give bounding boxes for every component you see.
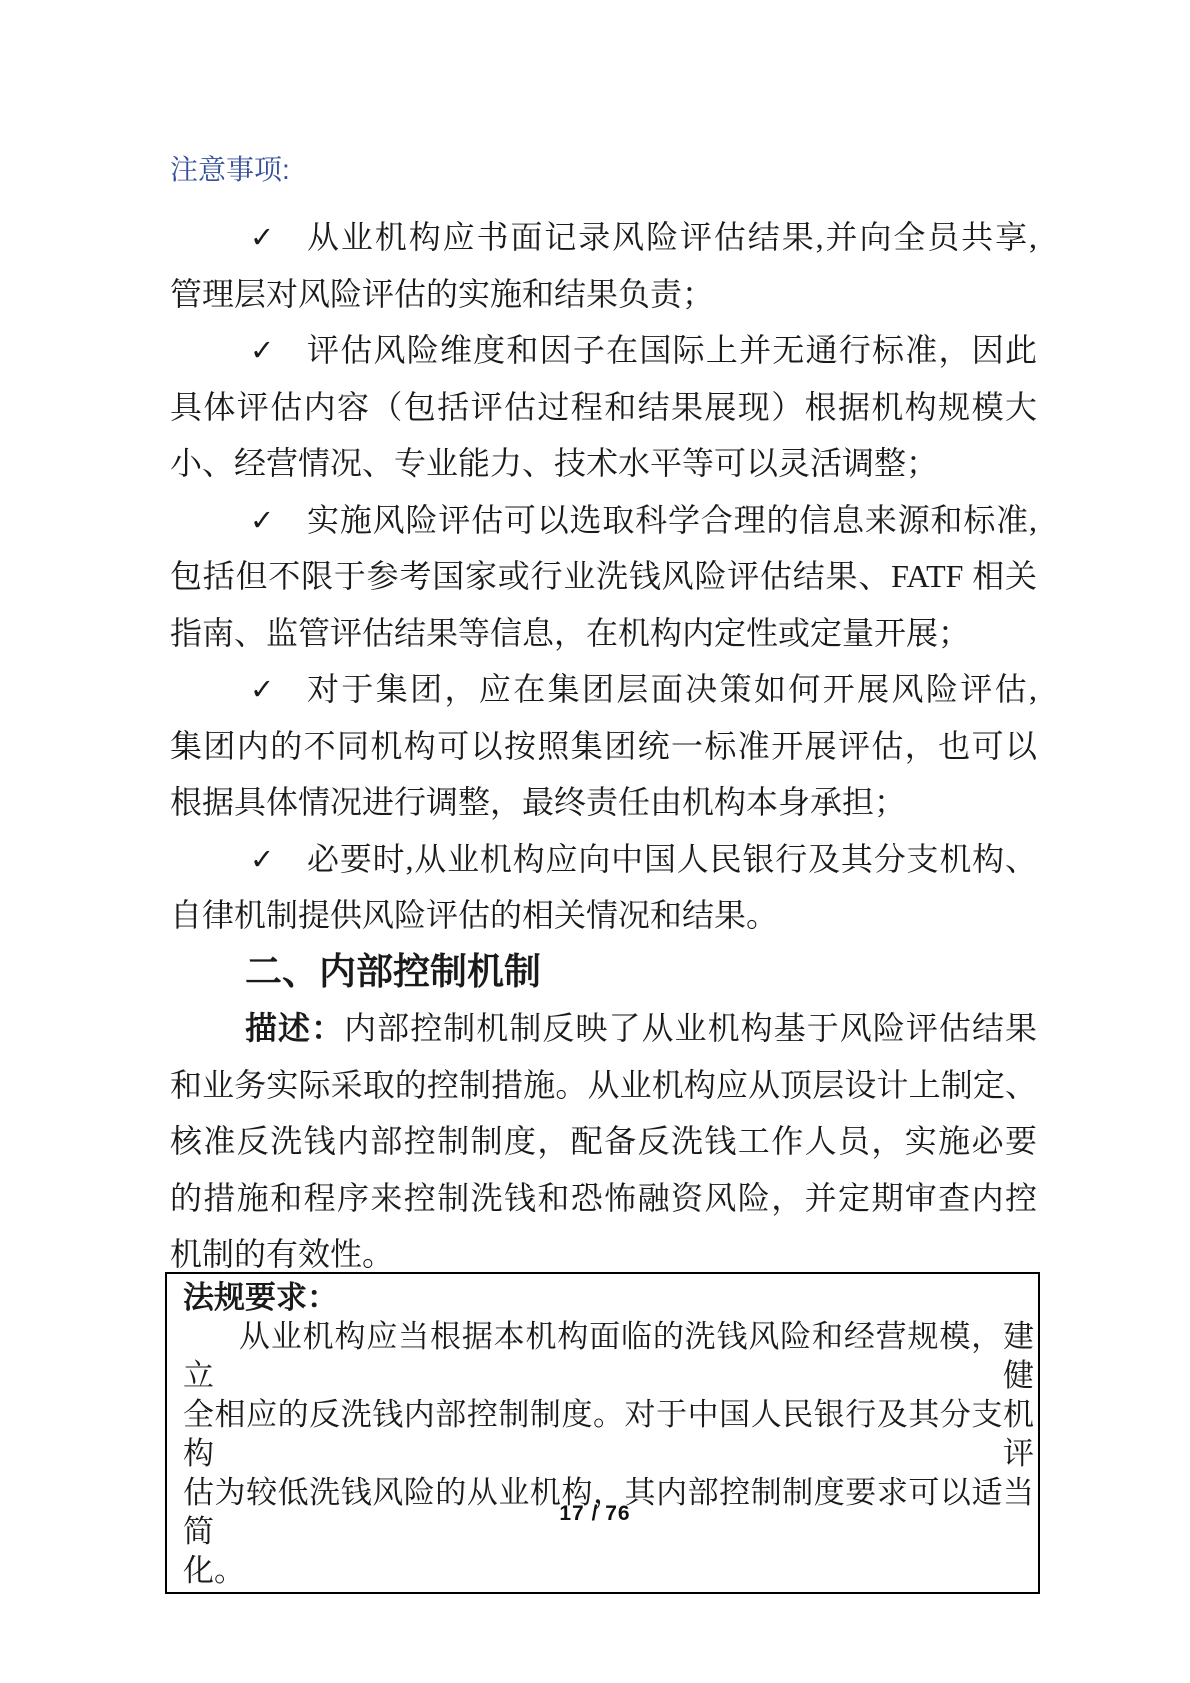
text-line: 和业务实际采取的控制措施。从业机构应从顶层设计上制定、 <box>170 1057 1037 1114</box>
text-line: 包括但不限于参考国家或行业洗钱风险评估结果、FATF 相关 <box>170 548 1037 605</box>
document-body: 注意事项: ✓从业机构应书面记录风险评估结果,并向全员共享, 管理层对风险评估的… <box>170 150 1037 1283</box>
note-bullet-line: ✓对于集团，应在集团层面决策如何开展风险评估, <box>170 661 1037 718</box>
bullet-text: 必要时,从业机构应向中国人民银行及其分支机构、 <box>307 841 1037 877</box>
text-line: 根据具体情况进行调整，最终责任由机构本身承担； <box>170 774 1037 831</box>
checkmark-icon: ✓ <box>250 831 274 888</box>
text-line: 集团内的不同机构可以按照集团统一标准开展评估，也可以 <box>170 718 1037 775</box>
bullet-text: 实施风险评估可以选取科学合理的信息来源和标准, <box>307 502 1037 538</box>
note-bullet-line: ✓评估风险维度和因子在国际上并无通行标准，因此 <box>170 322 1037 379</box>
bullet-text: 评估风险维度和因子在国际上并无通行标准，因此 <box>307 332 1037 368</box>
bullet-text: 对于集团，应在集团层面决策如何开展风险评估, <box>307 671 1037 707</box>
regulation-box: 法规要求： 从业机构应当根据本机构面临的洗钱风险和经营规模，建立健 全相应的反洗… <box>165 1272 1040 1594</box>
description-label: 描述： <box>245 1010 344 1046</box>
text-line: 具体评估内容（包括评估过程和结果展现）根据机构规模大 <box>170 379 1037 436</box>
notes-section: ✓从业机构应书面记录风险评估结果,并向全员共享, 管理层对风险评估的实施和结果负… <box>170 209 1037 1283</box>
document-page: 注意事项: ✓从业机构应书面记录风险评估结果,并向全员共享, 管理层对风险评估的… <box>0 0 1190 1683</box>
regulation-box-line: 化。 <box>183 1551 1034 1590</box>
checkmark-icon: ✓ <box>250 322 274 379</box>
section-heading: 二、内部控制机制 <box>170 944 1037 1001</box>
regulation-box-line: 从业机构应当根据本机构面临的洗钱风险和经营规模，建立健 <box>183 1317 1034 1395</box>
text-line: 小、经营情况、专业能力、技术水平等可以灵活调整； <box>170 435 1037 492</box>
note-bullet-line: ✓必要时,从业机构应向中国人民银行及其分支机构、 <box>170 831 1037 888</box>
checkmark-icon: ✓ <box>250 209 274 266</box>
bullet-text: 从业机构应书面记录风险评估结果,并向全员共享, <box>307 219 1037 255</box>
text-line: 的措施和程序来控制洗钱和恐怖融资风险，并定期审查内控 <box>170 1170 1037 1227</box>
page-title: 注意事项: <box>170 150 1037 190</box>
text-line: 核准反洗钱内部控制制度，配备反洗钱工作人员，实施必要 <box>170 1113 1037 1170</box>
note-bullet-line: ✓从业机构应书面记录风险评估结果,并向全员共享, <box>170 209 1037 266</box>
regulation-box-heading: 法规要求： <box>183 1278 1034 1317</box>
note-bullet-line: ✓实施风险评估可以选取科学合理的信息来源和标准, <box>170 492 1037 549</box>
text-line: 管理层对风险评估的实施和结果负责； <box>170 266 1037 323</box>
regulation-box-line: 全相应的反洗钱内部控制制度。对于中国人民银行及其分支机构评 <box>183 1395 1034 1473</box>
text-line: 指南、监管评估结果等信息，在机构内定性或定量开展； <box>170 605 1037 662</box>
checkmark-icon: ✓ <box>250 661 274 718</box>
page-number: 17 / 76 <box>0 1502 1190 1526</box>
description-text: 内部控制机制反映了从业机构基于风险评估结果 <box>344 1010 1037 1046</box>
text-line: 自律机制提供风险评估的相关情况和结果。 <box>170 887 1037 944</box>
description-line: 描述：内部控制机制反映了从业机构基于风险评估结果 <box>170 1000 1037 1057</box>
checkmark-icon: ✓ <box>250 492 274 549</box>
